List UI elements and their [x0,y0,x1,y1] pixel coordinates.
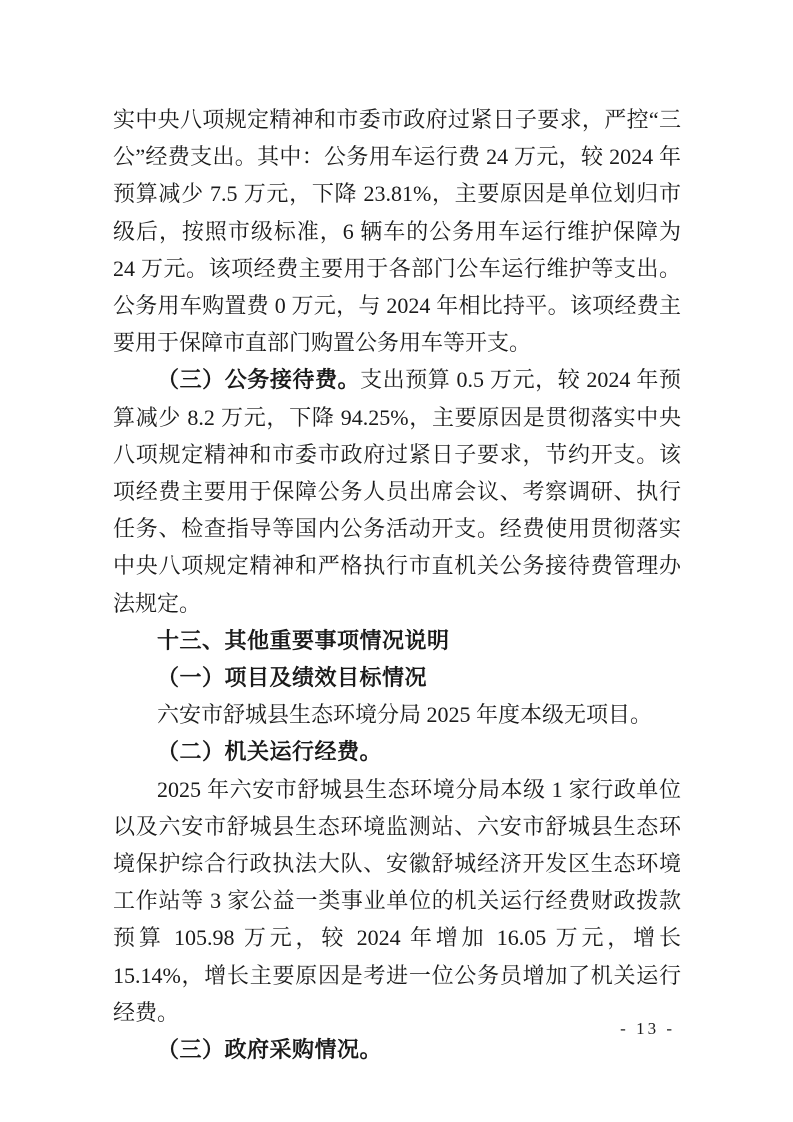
document-page: 实中央八项规定精神和市委市政府过紧日子要求，严控“三公”经费支出。其中：公务用车… [0,0,793,1122]
paragraph: 实中央八项规定精神和市委市政府过紧日子要求，严控“三公”经费支出。其中：公务用车… [113,101,681,361]
paragraph: 六安市舒城县生态环境分局 2025 年度本级无项目。 [113,696,681,733]
paragraph: 2025 年六安市舒城县生态环境分局本级 1 家行政单位以及六安市舒城县生态环境… [113,771,681,1031]
section-heading: 十三、其他重要事项情况说明 [113,622,681,659]
paragraph-text: 六安市舒城县生态环境分局 2025 年度本级无项目。 [157,702,652,727]
document-body: 实中央八项规定精神和市委市政府过紧日子要求，严控“三公”经费支出。其中：公务用车… [113,101,681,1068]
paragraph-lead: （三）公务接待费。 [157,367,360,392]
page-number: - 13 - [620,1019,675,1038]
page-footer: - 13 - [620,1018,675,1040]
section-heading: （一）项目及绩效目标情况 [113,659,681,696]
paragraph: （三）公务接待费。支出预算 0.5 万元，较 2024 年预算减少 8.2 万元… [113,361,681,621]
paragraph-text: 实中央八项规定精神和市委市政府过紧日子要求，严控“三公”经费支出。其中：公务用车… [113,107,681,355]
section-heading: （三）政府采购情况。 [113,1031,681,1068]
paragraph-text: 2025 年六安市舒城县生态环境分局本级 1 家行政单位以及六安市舒城县生态环境… [113,777,681,1025]
section-heading: （二）机关运行经费。 [113,733,681,770]
paragraph-text: 支出预算 0.5 万元，较 2024 年预算减少 8.2 万元，下降 94.25… [113,367,681,615]
